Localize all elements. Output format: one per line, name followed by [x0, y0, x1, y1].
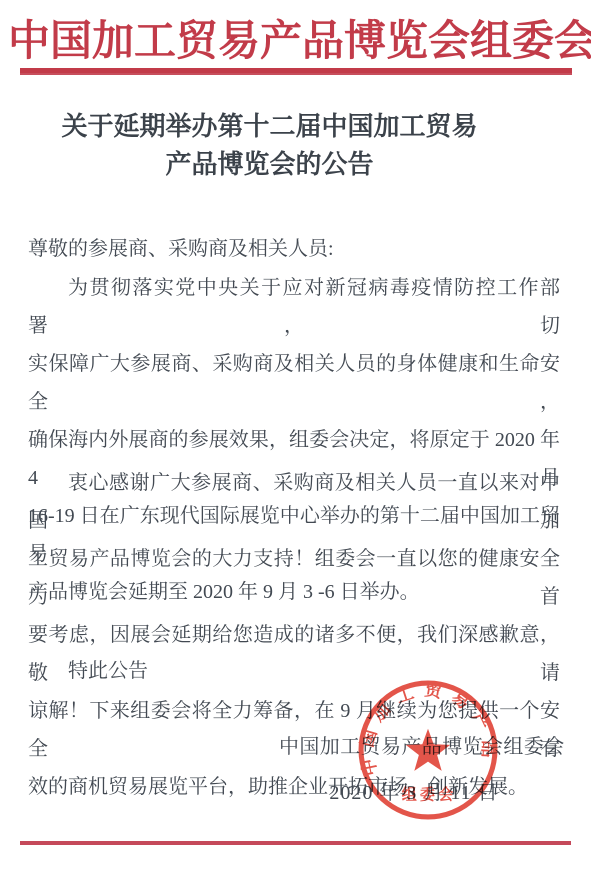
signature-org-name: 中国加工贸易产品博览会组委会 — [279, 730, 549, 759]
letterhead-org-name: 中国加工贸易产品博览会组委会 — [8, 8, 583, 68]
document-title-line2: 产品博览会的公告 — [0, 146, 539, 184]
announcement-document: 中国加工贸易产品博览会组委会 关于延期举办第十二届中国加工贸易 产品博览会的公告… — [0, 0, 591, 870]
letterhead-double-rule — [20, 68, 572, 75]
paragraph-line: 工贸易产品博览会的大力支持！组委会一直以您的健康安全为首 — [28, 540, 560, 616]
closing-phrase: 特此公告 — [28, 652, 560, 690]
document-title-line1: 关于延期举办第十二届中国加工贸易 — [0, 108, 539, 146]
paragraph-line: 为贯彻落实党中央关于应对新冠病毒疫情防控工作部署，切 — [28, 269, 560, 345]
signature-block: 中国加工贸易产品博览会组委会 2020 年 3 月 11 日 — [279, 730, 549, 805]
document-title: 关于延期举办第十二届中国加工贸易 产品博览会的公告 — [0, 108, 539, 184]
paragraph-line: 衷心感谢广大参展商、采购商及相关人员一直以来对中国加 — [28, 464, 560, 540]
signature-date: 2020 年 3 月 11 日 — [279, 776, 549, 805]
salutation: 尊敬的参展商、采购商及相关人员: — [28, 230, 560, 268]
footer-rule — [20, 841, 571, 845]
paragraph-line: 实保障广大参展商、采购商及相关人员的身体健康和生命安全， — [28, 345, 560, 421]
